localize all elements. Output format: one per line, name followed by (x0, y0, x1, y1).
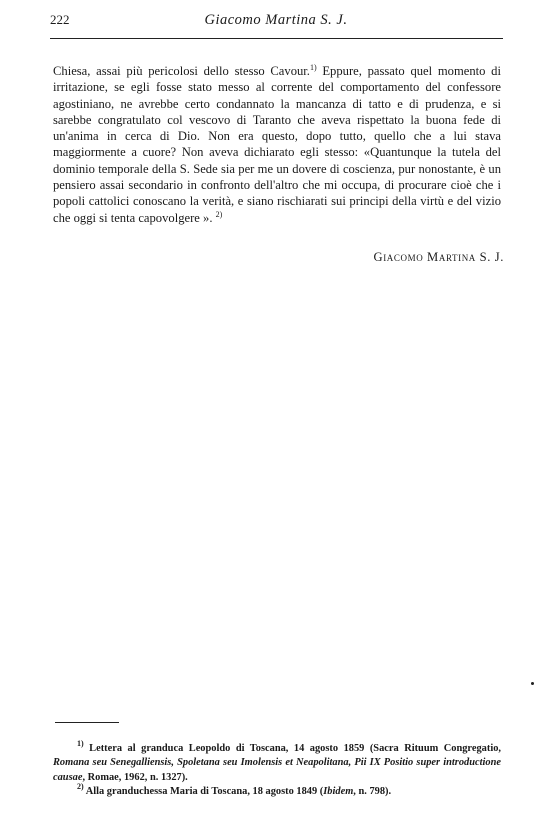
book-page: 222 Giacomo Martina S. J. Chiesa, assai … (0, 0, 550, 831)
footnote-text: Lettera al granduca Leopoldo di Toscana,… (84, 743, 501, 754)
footnote-italic: Ibidem (323, 786, 353, 797)
page-header: 222 Giacomo Martina S. J. (50, 12, 502, 32)
footnote-text: , n. 798). (353, 786, 391, 797)
paragraph-text: Eppure, passato quel momento di irritazi… (53, 64, 501, 225)
footnotes: 1) Lettera al granduca Leopoldo di Tosca… (53, 742, 501, 799)
header-rule (50, 38, 503, 39)
footnote-ref-1: 1) (310, 63, 317, 72)
footnote-text: , Romae, 1962, n. 1327). (82, 772, 187, 783)
footnote-marker: 1) (77, 739, 84, 748)
footnote-rule (55, 722, 119, 723)
footnote-1: 1) Lettera al granduca Leopoldo di Tosca… (53, 742, 501, 785)
author-signature: Giacomo Martina S. J. (374, 250, 505, 265)
running-title: Giacomo Martina S. J. (50, 12, 502, 29)
footnote-ref-2: 2) (216, 210, 223, 219)
body-text: Chiesa, assai più pericolosi dello stess… (53, 63, 501, 226)
footnote-marker: 2) (77, 782, 84, 791)
footnote-text: Alla granduchessa Maria di Toscana, 18 a… (84, 786, 324, 797)
stray-mark (531, 682, 534, 685)
paragraph-text: Chiesa, assai più pericolosi dello stess… (53, 64, 310, 78)
paragraph: Chiesa, assai più pericolosi dello stess… (53, 63, 501, 226)
footnote-2: 2) Alla granduchessa Maria di Toscana, 1… (53, 785, 501, 799)
